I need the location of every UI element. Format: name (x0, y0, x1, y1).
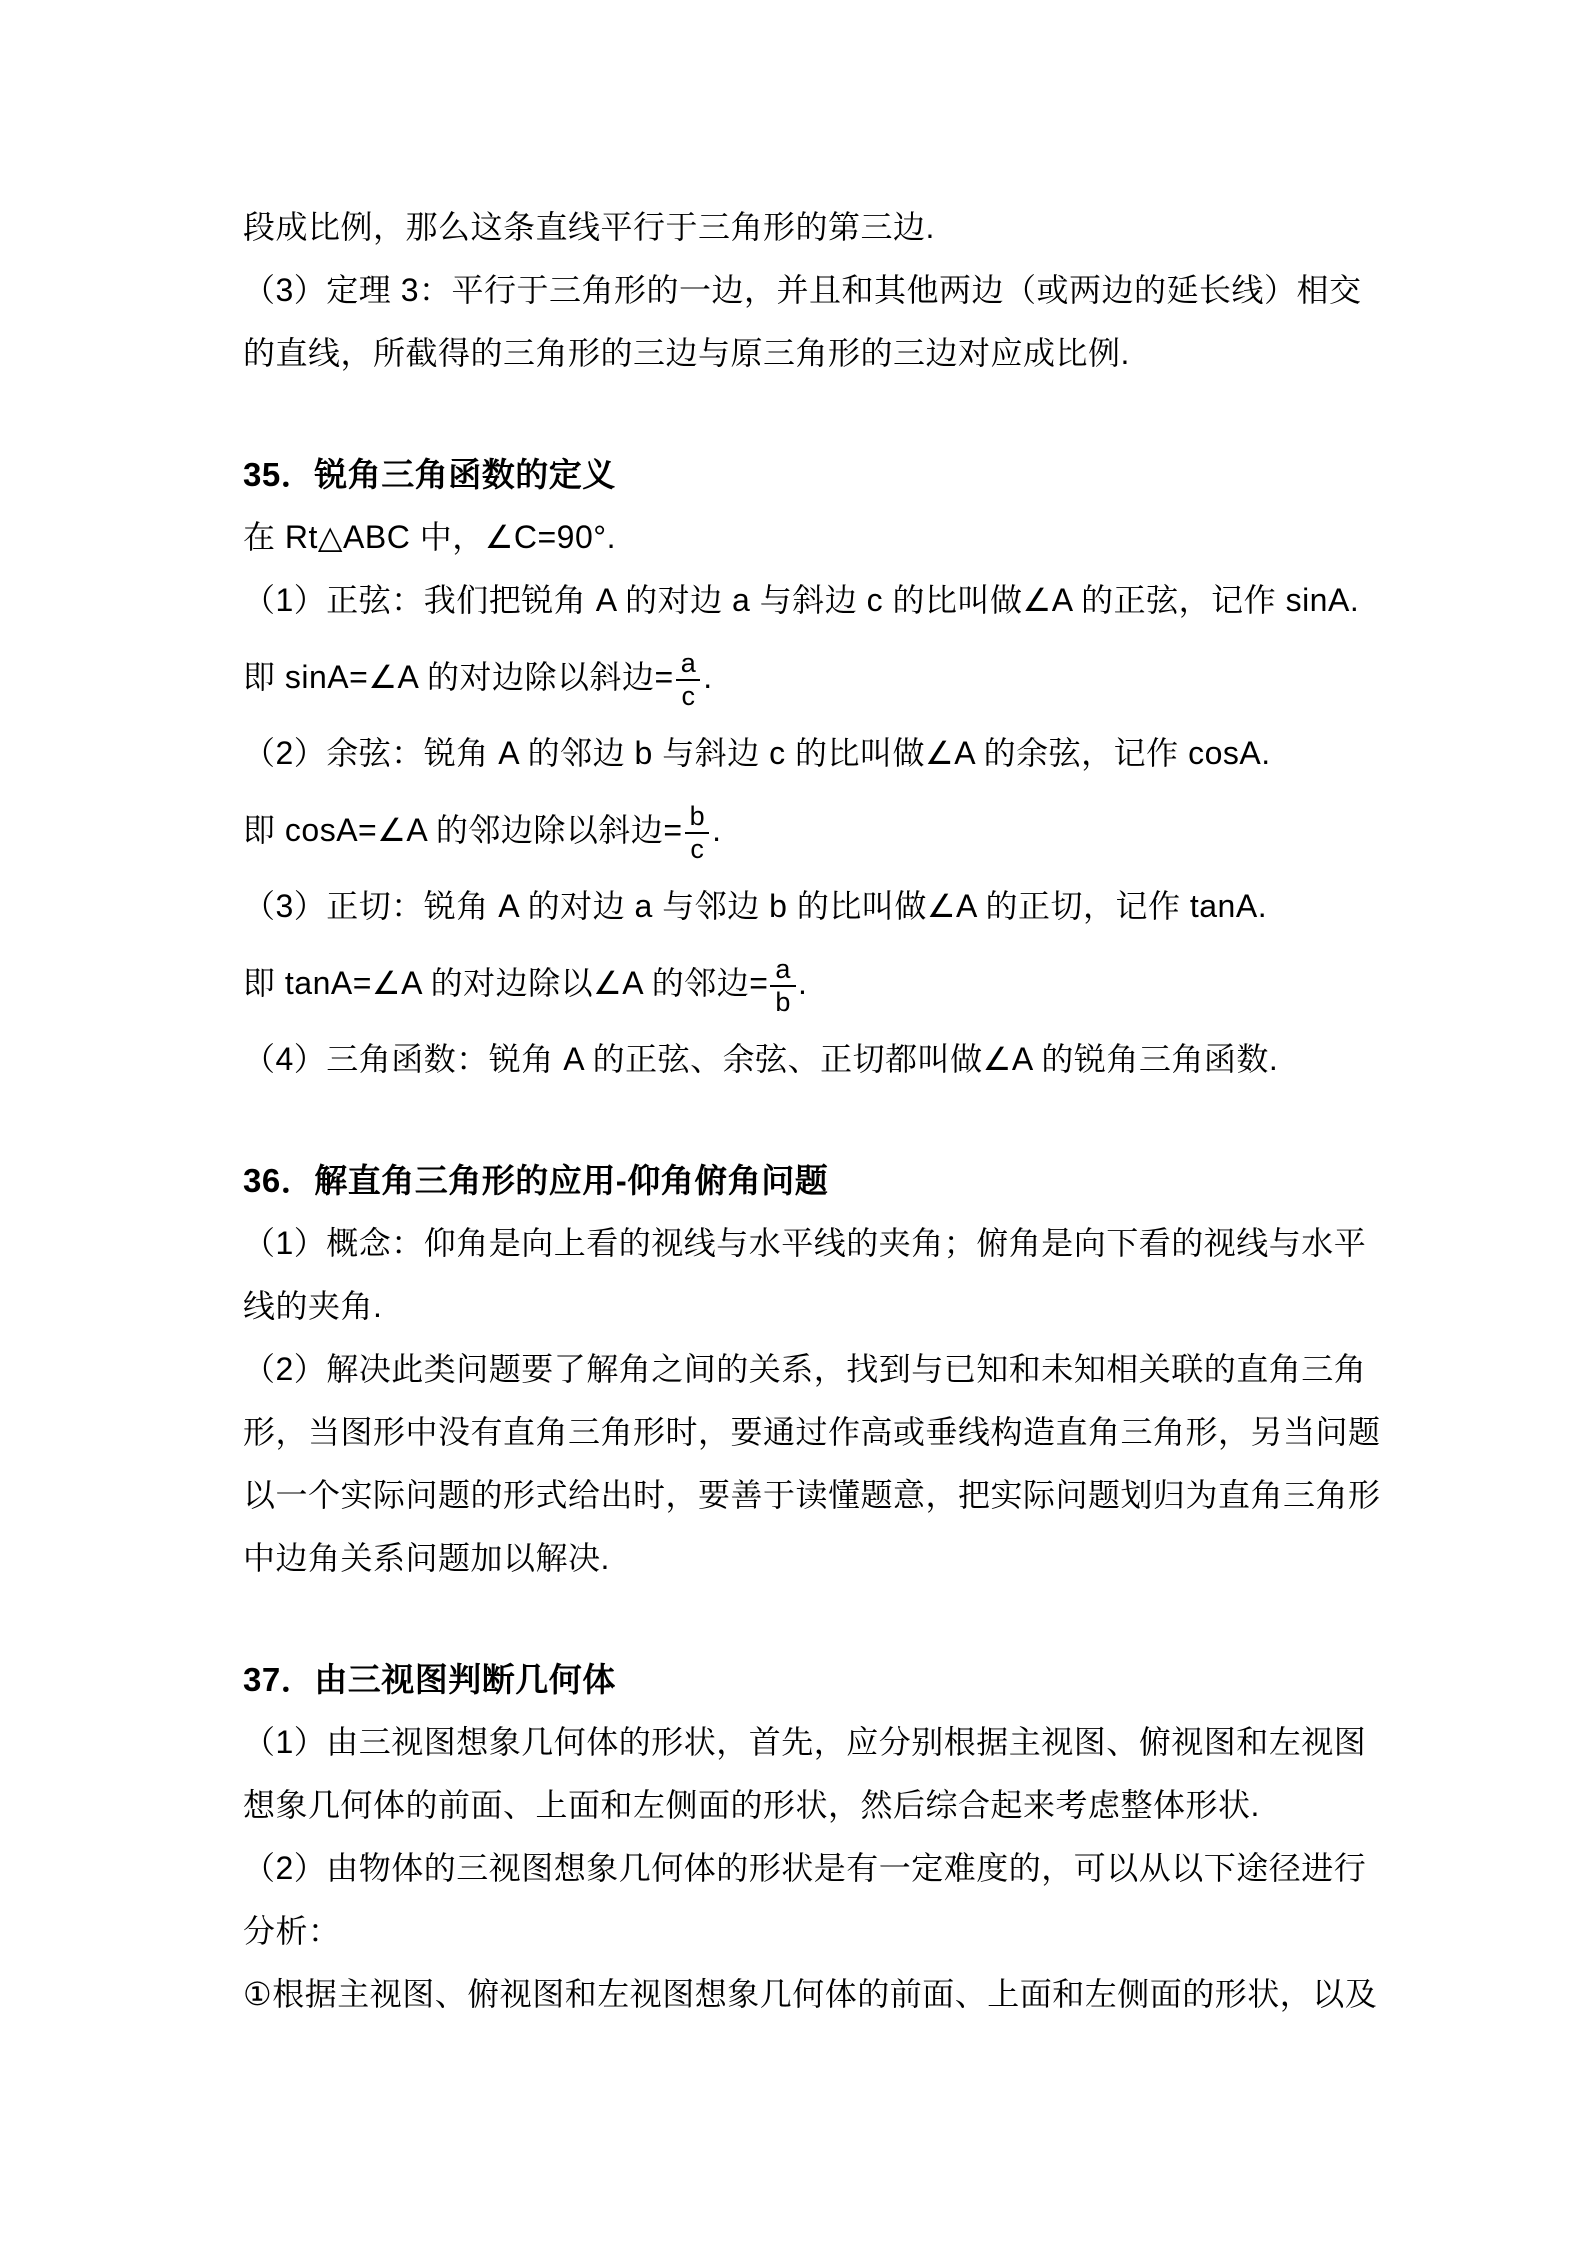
tangent-fraction-denominator: b (770, 985, 796, 1016)
cosine-fraction-numerator: b (685, 802, 711, 831)
document-content: 段成比例，那么这条直线平行于三角形的第三边. （3）定理 3：平行于三角形的一边… (243, 196, 1353, 2026)
section35-tangent-formula: 即 tanA=∠A 的对边除以∠A 的邻边=ab. (243, 938, 1353, 1028)
section35-summary: （4）三角函数：锐角 A 的正弦、余弦、正切都叫做∠A 的锐角三角函数. (243, 1028, 1353, 1091)
cosine-formula-prefix: 即 cosA=∠A 的邻边除以斜边= (243, 812, 683, 848)
sine-fraction: ac (676, 649, 702, 710)
tangent-fraction-numerator: a (770, 955, 796, 984)
document-page: 段成比例，那么这条直线平行于三角形的第三边. （3）定理 3：平行于三角形的一边… (0, 0, 1587, 2245)
tangent-formula-prefix: 即 tanA=∠A 的对边除以∠A 的邻边= (243, 965, 768, 1001)
section35-setup: 在 Rt△ABC 中，∠C=90°. (243, 506, 1353, 569)
sine-formula-prefix: 即 sinA=∠A 的对边除以斜边= (243, 659, 674, 695)
section36-concept-line-1: （1）概念：仰角是向上看的视线与水平线的夹角；俯角是向下看的视线与水平 (243, 1212, 1353, 1275)
intro-line-1: 段成比例，那么这条直线平行于三角形的第三边. (243, 196, 1353, 259)
section35-tangent-definition: （3）正切：锐角 A 的对边 a 与邻边 b 的比叫做∠A 的正切，记作 tan… (243, 875, 1353, 938)
cosine-fraction-denominator: c (685, 832, 709, 863)
section36-method-line-4: 中边角关系问题加以解决. (243, 1527, 1353, 1590)
cosine-formula-suffix: . (712, 812, 721, 848)
sine-fraction-denominator: c (676, 679, 700, 710)
section35-sine-definition: （1）正弦：我们把锐角 A 的对边 a 与斜边 c 的比叫做∠A 的正弦，记作 … (243, 569, 1353, 632)
section37-difficulty-line-1: （2）由物体的三视图想象几何体的形状是有一定难度的，可以从以下途径进行 (243, 1837, 1353, 1900)
section35-cosine-formula: 即 cosA=∠A 的邻边除以斜边=bc. (243, 785, 1353, 875)
heading-section-35: 35．锐角三角函数的定义 (243, 443, 1353, 506)
section35-cosine-definition: （2）余弦：锐角 A 的邻边 b 与斜边 c 的比叫做∠A 的余弦，记作 cos… (243, 722, 1353, 785)
section35-sine-formula: 即 sinA=∠A 的对边除以斜边=ac. (243, 632, 1353, 722)
section36-method-line-2: 形，当图形中没有直角三角形时，要通过作高或垂线构造直角三角形，另当问题 (243, 1401, 1353, 1464)
section37-approach-line-1: ①根据主视图、俯视图和左视图想象几何体的前面、上面和左侧面的形状，以及 (243, 1963, 1353, 2026)
sine-fraction-numerator: a (676, 649, 702, 678)
section36-method-line-1: （2）解决此类问题要了解角之间的关系，找到与已知和未知相关联的直角三角 (243, 1338, 1353, 1401)
intro-line-3: 的直线，所截得的三角形的三边与原三角形的三边对应成比例. (243, 322, 1353, 385)
tangent-fraction: ab (770, 955, 796, 1016)
section37-imagine-line-1: （1）由三视图想象几何体的形状，首先，应分别根据主视图、俯视图和左视图 (243, 1711, 1353, 1774)
heading-section-36: 36．解直角三角形的应用-仰角俯角问题 (243, 1149, 1353, 1212)
section37-imagine-line-2: 想象几何体的前面、上面和左侧面的形状，然后综合起来考虑整体形状. (243, 1774, 1353, 1837)
cosine-fraction: bc (685, 802, 711, 863)
intro-line-2: （3）定理 3：平行于三角形的一边，并且和其他两边（或两边的延长线）相交 (243, 259, 1353, 322)
sine-formula-suffix: . (703, 659, 712, 695)
section37-difficulty-line-2: 分析： (243, 1900, 1353, 1963)
section36-method-line-3: 以一个实际问题的形式给出时，要善于读懂题意，把实际问题划归为直角三角形 (243, 1464, 1353, 1527)
section36-concept-line-2: 线的夹角. (243, 1275, 1353, 1338)
tangent-formula-suffix: . (798, 965, 807, 1001)
heading-section-37: 37．由三视图判断几何体 (243, 1648, 1353, 1711)
